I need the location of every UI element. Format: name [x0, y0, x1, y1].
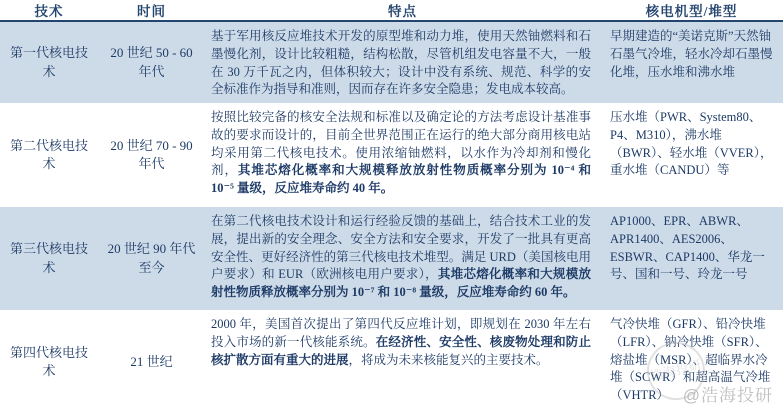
- cell-reactors-gen3: AP1000、EPR、ABWR、APR1400、AES2006、ESBWR、CA…: [600, 207, 783, 310]
- cell-reactors-gen2: 压水堆（PWR、System80、P4、M310），沸水堆（BWR）、轻水堆（V…: [600, 103, 783, 207]
- cell-time-gen2: 20 世纪 70 - 90 年代: [98, 103, 205, 207]
- cell-features-gen3: 在第二代核电技术设计和运行经验反馈的基础上，结合技术工业的发展，提出新的安全理念…: [205, 207, 600, 310]
- cell-reactors-gen1: 早期建造的“美诺克斯”天然铀石墨气冷堆，轻水冷却石墨慢化堆，压水堆和沸水堆: [600, 22, 783, 103]
- cell-features-gen4: 2000 年，美国首次提出了第四代反应堆计划，即规划在 2030 年左右投入市场…: [205, 310, 600, 414]
- header-cell-time: 时间: [98, 0, 205, 20]
- cell-time-gen1: 20 世纪 50 - 60 年代: [98, 22, 205, 103]
- features-text: 基于军用核反应堆技术开发的原型堆和动力堆，使用天然铀燃料和石墨慢化剂，设计比较粗…: [211, 29, 591, 96]
- nuclear-tech-generations-table: 技术 时间 特点 核电机型/堆型 第一代核电技术 20 世纪 50 - 60 年…: [0, 0, 783, 414]
- cell-time-gen3: 20 世纪 90 年代至今: [98, 207, 205, 310]
- header-cell-tech: 技术: [0, 0, 98, 20]
- cell-features-gen2: 按照比较完备的核安全法规和标准以及确定论的方法考虑设计基准事故的要求而设计的，目…: [205, 103, 600, 207]
- features-bold-text: 其堆芯熔化概率和大规模释放放射性物质概率分别为 10⁻⁴ 和 10⁻⁵ 量级，反…: [211, 163, 591, 195]
- cell-tech-gen2: 第二代核电技术: [0, 103, 98, 207]
- table-row: 第三代核电技术 20 世纪 90 年代至今 在第二代核电技术设计和运行经验反馈的…: [0, 207, 783, 310]
- cell-tech-gen1: 第一代核电技术: [0, 22, 98, 103]
- watermark-handle-text: @浩海投研: [683, 381, 773, 406]
- table-header-row: 技术 时间 特点 核电机型/堆型: [0, 0, 783, 22]
- table-row: 第一代核电技术 20 世纪 50 - 60 年代 基于军用核反应堆技术开发的原型…: [0, 22, 783, 103]
- table-row: 第四代核电技术 21 世纪 2000 年，美国首次提出了第四代反应堆计划，即规划…: [0, 310, 783, 414]
- cell-tech-gen3: 第三代核电技术: [0, 207, 98, 310]
- table-row: 第二代核电技术 20 世纪 70 - 90 年代 按照比较完备的核安全法规和标准…: [0, 103, 783, 207]
- cell-features-gen1: 基于军用核反应堆技术开发的原型堆和动力堆，使用天然铀燃料和石墨慢化剂，设计比较粗…: [205, 22, 600, 103]
- header-cell-features: 特点: [205, 0, 600, 20]
- cell-time-gen4: 21 世纪: [98, 310, 205, 414]
- features-text-after: ，将成为未来核能复兴的主要技术。: [349, 353, 549, 367]
- cell-tech-gen4: 第四代核电技术: [0, 310, 98, 414]
- header-cell-reactors: 核电机型/堆型: [600, 0, 783, 20]
